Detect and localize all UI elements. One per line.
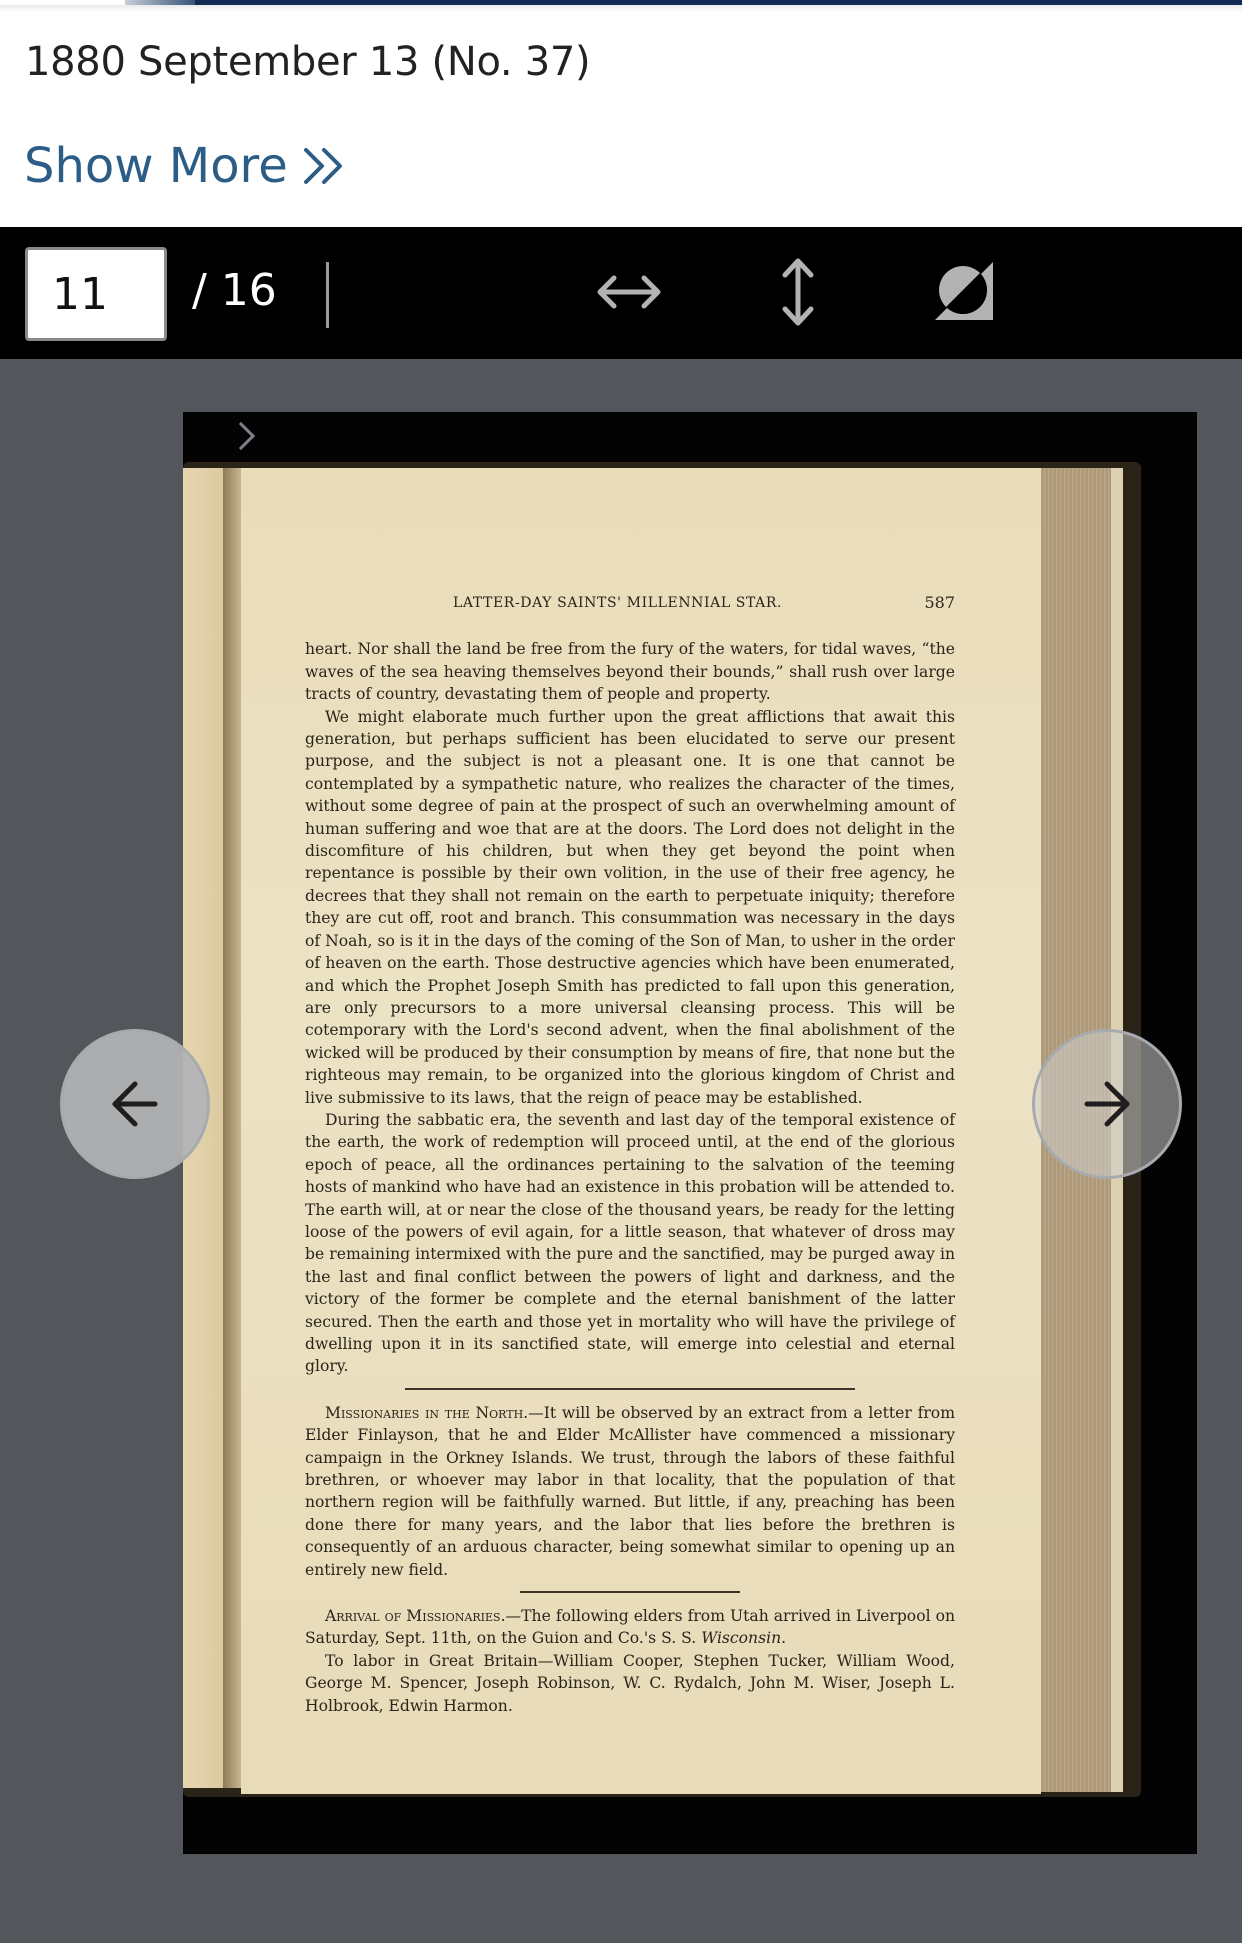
page-total: / 16 — [192, 265, 277, 316]
printed-page-number: 587 — [924, 592, 955, 614]
page-number-input[interactable] — [25, 247, 167, 341]
arrival-section: Arrival of Missionaries.—The following e… — [305, 1605, 955, 1650]
paragraph: heart. Nor shall the land be free from t… — [305, 638, 955, 705]
paragraph: During the sabbatic era, the seventh and… — [305, 1109, 955, 1378]
running-head-title: LATTER-DAY SAINTS' MILLENNIAL STAR. — [453, 592, 782, 614]
toolbar-divider — [326, 262, 329, 328]
issue-header: 1880 September 13 (No. 37) Show More — [0, 5, 1242, 227]
issue-title: 1880 September 13 (No. 37) — [25, 39, 590, 85]
section-body: —It will be observed by an extract from … — [305, 1404, 955, 1579]
double-chevron-right-icon — [302, 146, 346, 186]
contrast-button[interactable] — [920, 247, 1010, 337]
section-rule — [405, 1388, 855, 1390]
contrast-icon — [933, 260, 997, 324]
page-text: LATTER-DAY SAINTS' MILLENNIAL STAR. 587 … — [305, 592, 955, 1717]
next-page-button[interactable] — [1032, 1029, 1182, 1179]
arrow-left-icon — [109, 1078, 161, 1130]
paragraph: We might elaborate much further upon the… — [305, 706, 955, 1109]
missionary-list: To labor in Great Britain—William Cooper… — [305, 1650, 955, 1717]
previous-page-button[interactable] — [60, 1029, 210, 1179]
section-end: . — [781, 1629, 786, 1647]
ship-name: Wisconsin — [701, 1629, 781, 1647]
arrow-right-icon — [1081, 1078, 1133, 1130]
fit-height-button[interactable] — [753, 247, 843, 337]
running-head: LATTER-DAY SAINTS' MILLENNIAL STAR. 587 — [305, 592, 955, 614]
vertical-arrows-icon — [778, 256, 818, 328]
show-more-label: Show More — [24, 138, 288, 194]
page-gutter — [223, 468, 241, 1788]
section-heading: Arrival of Missionaries. — [325, 1607, 506, 1625]
section-rule — [520, 1591, 740, 1593]
show-more-link[interactable]: Show More — [24, 138, 346, 194]
horizontal-arrows-icon — [594, 272, 664, 312]
viewer-toolbar: / 16 — [0, 227, 1242, 359]
missionaries-north-section: Missionaries in the North.—It will be ob… — [305, 1402, 955, 1581]
scan-corner-mark — [227, 422, 255, 450]
fit-width-button[interactable] — [584, 247, 674, 337]
section-heading: Missionaries in the North. — [325, 1404, 528, 1422]
